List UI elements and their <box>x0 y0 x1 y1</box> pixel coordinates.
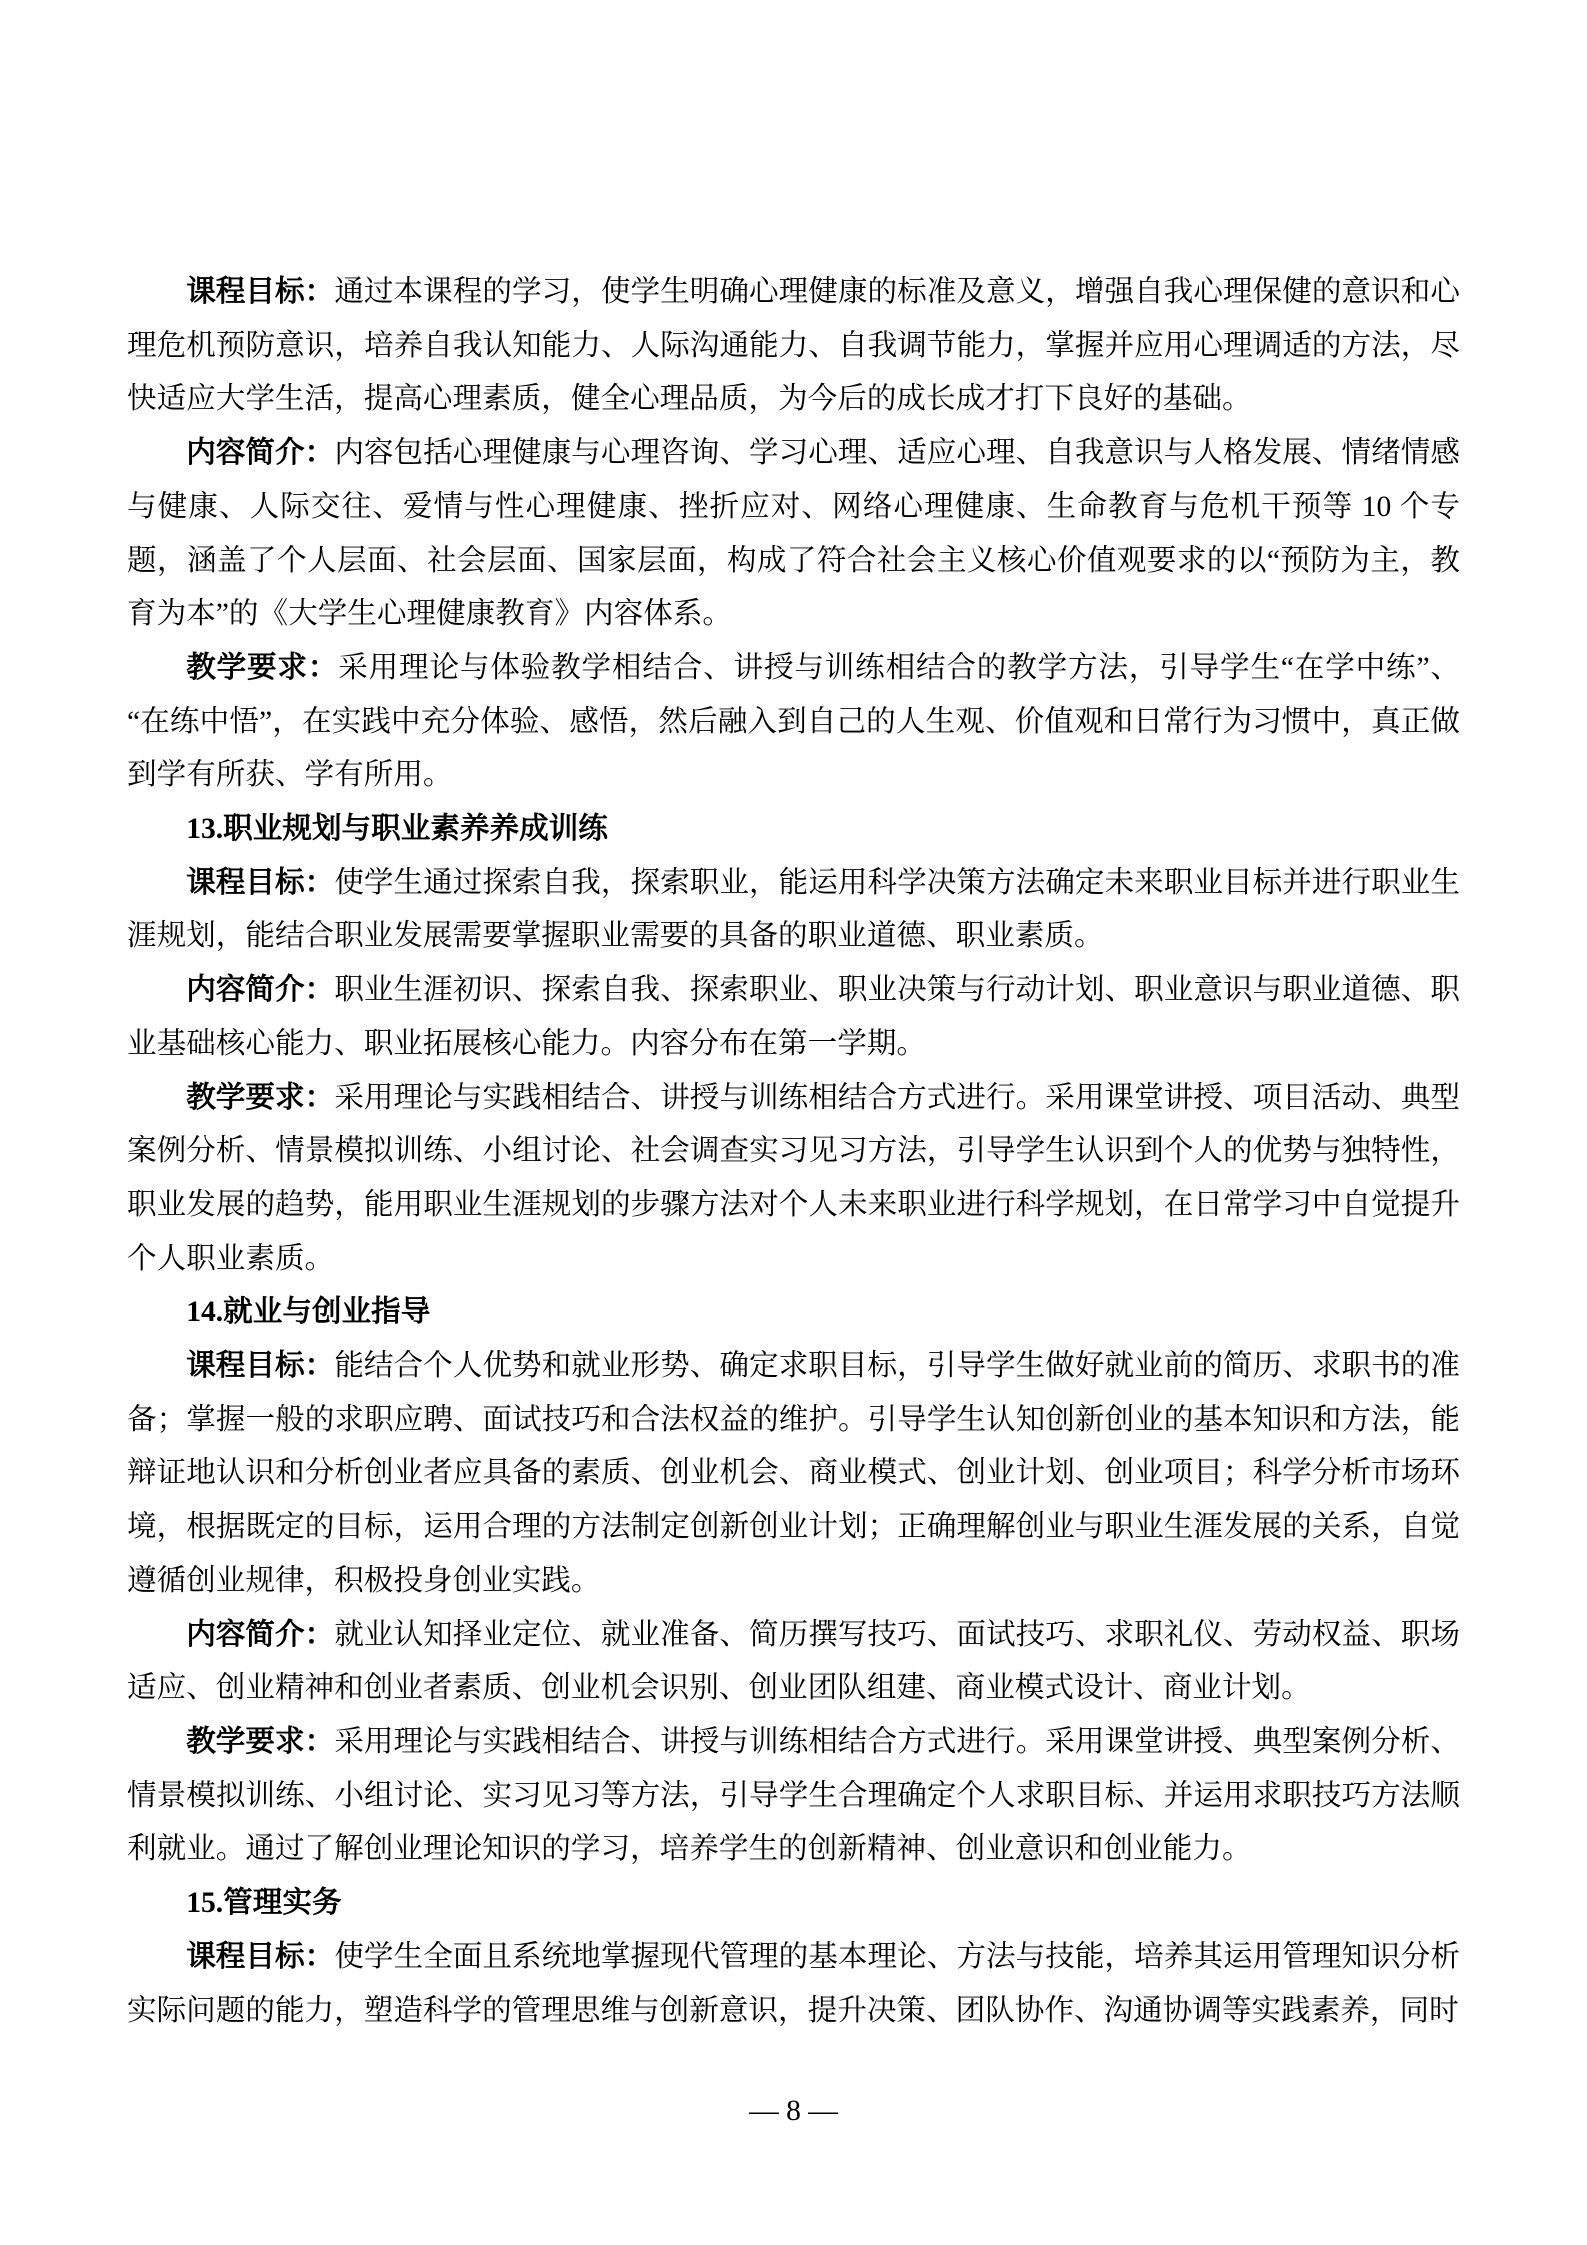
course-summary-paragraph: 内容简介：内容包括心理健康与心理咨询、学习心理、适应心理、自我意识与人格发展、情… <box>127 427 1460 642</box>
paragraph-label: 课程目标： <box>186 276 334 308</box>
page-content: 课程目标：通过本课程的学习，使学生明确心理健康的标准及意义，增强自我心理保健的意… <box>127 266 1460 2038</box>
course-objectives-paragraph: 课程目标：使学生全面且系统地掌握现代管理的基本理论、方法与技能，培养其运用管理知… <box>127 1931 1460 2038</box>
course-summary-paragraph: 内容简介：就业认知择业定位、就业准备、简历撰写技巧、面试技巧、求职礼仪、劳动权益… <box>127 1609 1460 1716</box>
teaching-requirements-paragraph: 教学要求：采用理论与体验教学相结合、讲授与训练相结合的教学方法，引导学生“在学中… <box>127 642 1460 803</box>
course-objectives-paragraph: 课程目标：通过本课程的学习，使学生明确心理健康的标准及意义，增强自我心理保健的意… <box>127 266 1460 427</box>
paragraph-label: 教学要求： <box>186 1082 334 1114</box>
course-objectives-paragraph: 课程目标：能结合个人优势和就业形势、确定求职目标，引导学生做好就业前的简历、求职… <box>127 1340 1460 1609</box>
course-objectives-paragraph: 课程目标：使学生通过探索自我，探索职业，能运用科学决策方法确定未来职业目标并进行… <box>127 857 1460 964</box>
paragraph-label: 教学要求： <box>186 1726 334 1758</box>
teaching-requirements-paragraph: 教学要求：采用理论与实践相结合、讲授与训练相结合方式进行。采用课堂讲授、项目活动… <box>127 1072 1460 1287</box>
course-heading-15: 15.管理实务 <box>127 1877 1460 1931</box>
course-summary-paragraph: 内容简介：职业生涯初识、探索自我、探索职业、职业决策与行动计划、职业意识与职业道… <box>127 964 1460 1071</box>
teaching-requirements-paragraph: 教学要求：采用理论与实践相结合、讲授与训练相结合方式进行。采用课堂讲授、典型案例… <box>127 1716 1460 1877</box>
paragraph-label: 课程目标： <box>186 867 334 899</box>
paragraph-label: 内容简介： <box>186 974 334 1006</box>
course-heading-14: 14.就业与创业指导 <box>127 1286 1460 1340</box>
paragraph-label: 课程目标： <box>186 1941 334 1973</box>
course-heading-13: 13.职业规划与职业素养养成训练 <box>127 803 1460 857</box>
document-page: 课程目标：通过本课程的学习，使学生明确心理健康的标准及意义，增强自我心理保健的意… <box>0 0 1587 2245</box>
paragraph-label: 教学要求： <box>186 652 338 684</box>
paragraph-label: 课程目标： <box>186 1350 334 1382</box>
page-number: — 8 — <box>0 2091 1587 2132</box>
paragraph-text: 能结合个人优势和就业形势、确定求职目标，引导学生做好就业前的简历、求职书的准备；… <box>127 1350 1460 1597</box>
paragraph-label: 内容简介： <box>186 1619 334 1651</box>
paragraph-label: 内容简介： <box>186 437 334 469</box>
